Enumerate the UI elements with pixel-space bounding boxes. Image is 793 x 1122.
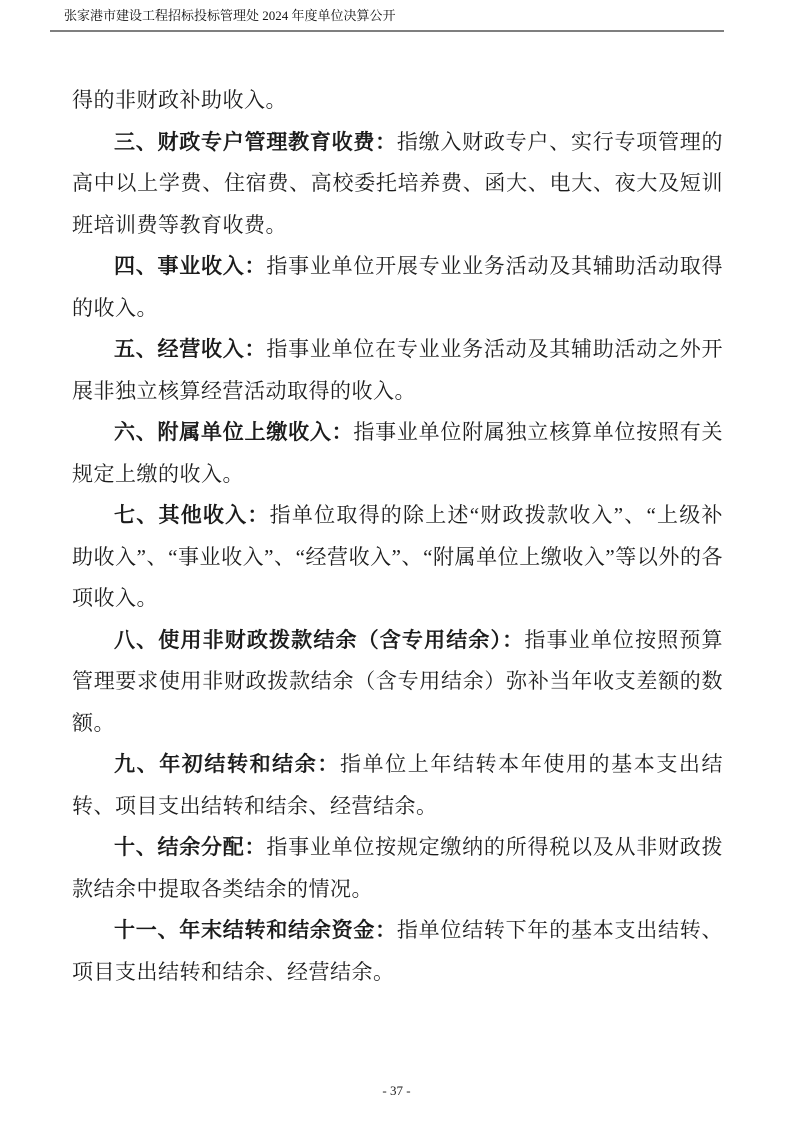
paragraph-lead: 六、附属单位上缴收入： [114,420,353,444]
document-body: 得的非财政补助收入。三、财政专户管理教育收费：指缴入财政专户、实行专项管理的高中… [72,80,723,993]
paragraph: 七、其他收入：指单位取得的除上述“财政拨款收入”、“上级补助收入”、“事业收入”… [72,495,723,620]
page-footer: - 37 - [0,1083,793,1099]
page-number: - 37 - [382,1083,410,1098]
paragraph-lead: 三、财政专户管理教育收费： [114,130,397,154]
paragraph-lead: 五、经营收入： [114,337,266,361]
paragraph: 四、事业收入：指事业单位开展专业业务活动及其辅助活动取得的收入。 [72,246,723,329]
paragraph-lead: 十一、年末结转和结余资金： [114,918,397,942]
paragraph: 十、结余分配：指事业单位按规定缴纳的所得税以及从非财政拨款结余中提取各类结余的情… [72,827,723,910]
paragraph: 九、年初结转和结余：指单位上年结转本年使用的基本支出结转、项目支出结转和结余、经… [72,744,723,827]
paragraph: 八、使用非财政拨款结余（含专用结余）：指事业单位按照预算管理要求使用非财政拨款结… [72,620,723,745]
paragraph: 十一、年末结转和结余资金：指单位结转下年的基本支出结转、项目支出结转和结余、经营… [72,910,723,993]
paragraph-lead: 十、结余分配： [114,835,266,859]
paragraph-lead: 四、事业收入： [114,254,266,278]
paragraph-lead: 九、年初结转和结余： [114,752,340,776]
paragraph-lead: 七、其他收入： [114,503,270,527]
paragraph-lead: 八、使用非财政拨款结余（含专用结余）： [114,628,524,652]
paragraph: 五、经营收入：指事业单位在专业业务活动及其辅助活动之外开展非独立核算经营活动取得… [72,329,723,412]
paragraph: 得的非财政补助收入。 [72,80,723,122]
paragraph: 六、附属单位上缴收入：指事业单位附属独立核算单位按照有关规定上缴的收入。 [72,412,723,495]
paragraph-text: 得的非财政补助收入。 [72,88,287,112]
header-title: 张家港市建设工程招标投标管理处 2024 年度单位决算公开 [64,8,396,23]
page-header: 张家港市建设工程招标投标管理处 2024 年度单位决算公开 [50,8,724,32]
paragraph: 三、财政专户管理教育收费：指缴入财政专户、实行专项管理的高中以上学费、住宿费、高… [72,122,723,247]
